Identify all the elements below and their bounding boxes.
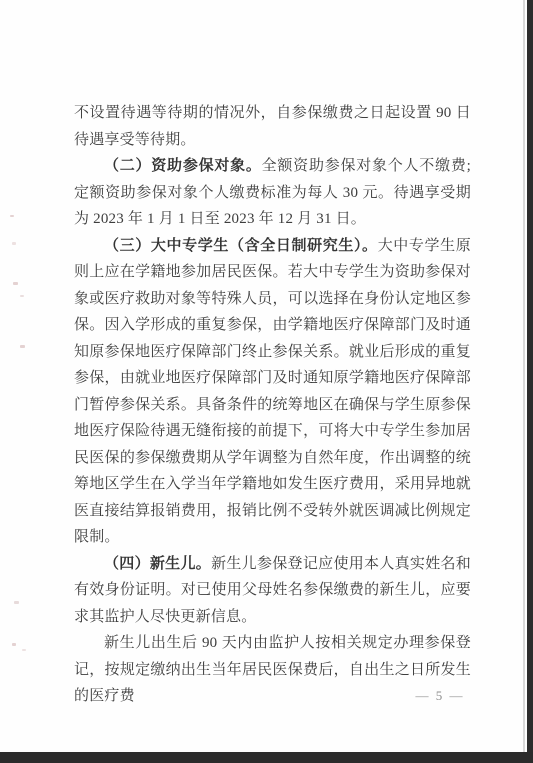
scan-artifact	[10, 215, 14, 217]
paragraph-clause-4: （四）新生儿。新生儿参保登记应使用本人真实姓名和有效身份证明。对已使用父母姓名参…	[74, 551, 471, 631]
paragraph-clause-3: （三）大中专学生（含全日制研究生）。大中专学生原则上应在学籍地参加居民医保。若大…	[74, 233, 471, 551]
scan-artifact	[12, 643, 16, 646]
paragraph-lead: （四）新生儿。	[104, 556, 211, 572]
paragraph-text: 不设置待遇等待期的情况外，自参保缴费之日起设置 90 日待遇享受等待期。	[74, 105, 471, 148]
paragraph-lead: （二）资助参保对象。	[104, 158, 262, 174]
scan-edge-light-line	[523, 0, 525, 763]
scan-artifact	[12, 242, 16, 245]
scan-artifact	[14, 601, 19, 604]
scan-artifact	[13, 282, 18, 285]
scanned-document-page: 不设置待遇等待期的情况外，自参保缴费之日起设置 90 日待遇享受等待期。 （二）…	[0, 0, 533, 763]
paragraph-text: 大中专学生原则上应在学籍地参加居民医保。若大中专学生为资助参保对象或医疗救助对象…	[74, 238, 471, 546]
scan-edge-right-band	[527, 0, 533, 763]
paragraph-lead: （三）大中专学生（含全日制研究生）。	[104, 238, 378, 254]
paragraph-clause-2: （二）资助参保对象。全额资助参保对象个人不缴费;定额资助参保对象个人缴费标准为每…	[74, 153, 471, 233]
scan-artifact	[20, 345, 25, 348]
paragraph-continuation: 不设置待遇等待期的情况外，自参保缴费之日起设置 90 日待遇享受等待期。	[74, 100, 471, 153]
page-number: — 5 —	[395, 688, 485, 704]
scan-artifact	[20, 295, 24, 297]
scan-edge-bottom-band	[0, 752, 533, 763]
document-body: 不设置待遇等待期的情况外，自参保缴费之日起设置 90 日待遇享受等待期。 （二）…	[74, 100, 471, 710]
scan-artifact	[22, 649, 26, 651]
